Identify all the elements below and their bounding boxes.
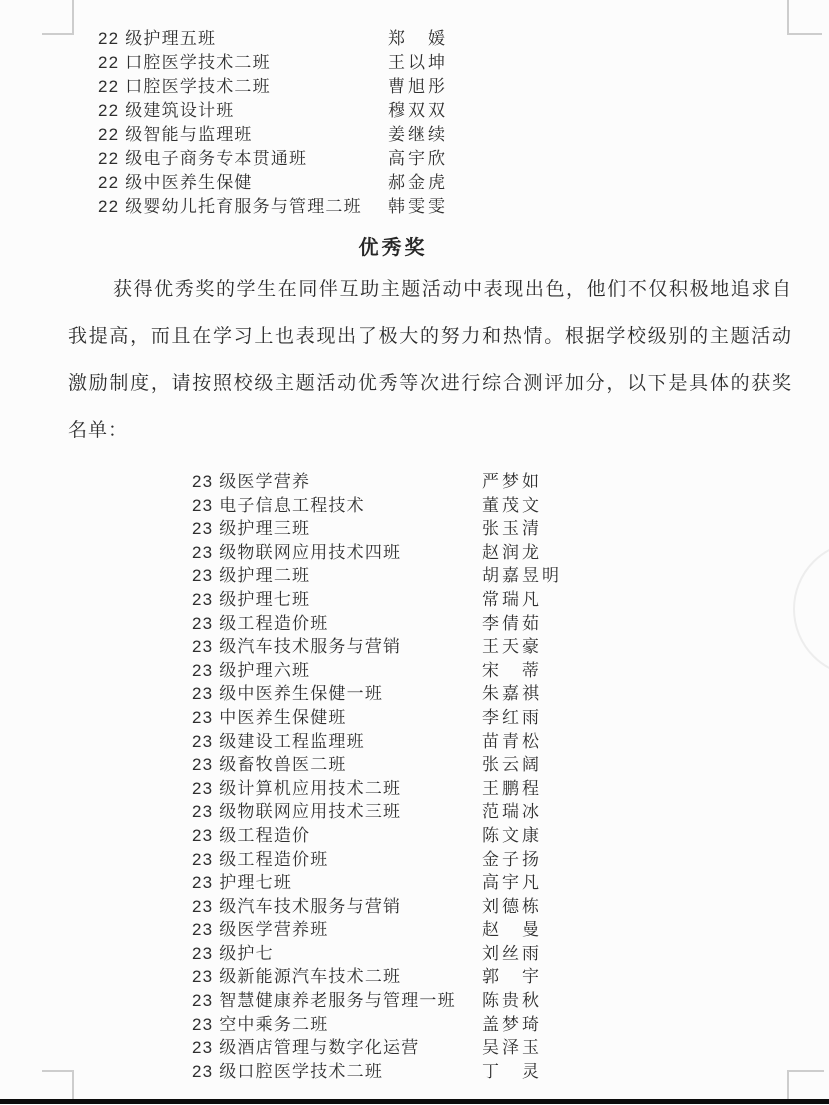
class-name: 23 智慧健康养老服务与管理一班 [192, 989, 482, 1013]
student-name: 范瑞冰 [482, 802, 542, 821]
class-name: 23 级中医养生保健一班 [192, 682, 482, 706]
award-row: 23 级护理三班张玉清 [192, 517, 562, 541]
class-name: 23 级汽车技术服务与营销 [192, 635, 482, 659]
class-name: 23 级医学营养班 [192, 918, 482, 942]
award-row: 23 级工程造价陈文康 [192, 824, 562, 848]
class-name: 23 级计算机应用技术二班 [192, 777, 482, 801]
faint-circle-watermark [793, 541, 829, 677]
class-name: 23 级畜牧兽医二班 [192, 753, 482, 777]
student-name: 曹旭彤 [388, 77, 448, 96]
award-row: 23 级工程造价班李倩茹 [192, 612, 562, 636]
award-row: 23 智慧健康养老服务与管理一班陈贵秋 [192, 989, 562, 1013]
student-name: 王鹏程 [482, 779, 542, 798]
award-row: 23 级医学营养严梦如 [192, 470, 562, 494]
class-name: 23 空中乘务二班 [192, 1013, 482, 1037]
class-name: 23 中医养生保健班 [192, 706, 482, 730]
award-row: 23 级计算机应用技术二班王鹏程 [192, 777, 562, 801]
student-name: 穆双双 [388, 101, 448, 120]
student-name: 金子扬 [482, 850, 542, 869]
class-name: 23 电子信息工程技术 [192, 494, 482, 518]
class-name: 22 口腔医学技术二班 [98, 75, 388, 99]
student-name: 赵润龙 [482, 543, 542, 562]
student-name: 陈贵秋 [482, 991, 542, 1010]
student-name: 严梦如 [482, 472, 542, 491]
award-row: 22 口腔医学技术二班曹旭彤 [98, 75, 448, 99]
bottom-edge-bar [0, 1099, 829, 1104]
class-name: 22 级智能与监理班 [98, 123, 388, 147]
class-name: 23 级工程造价 [192, 824, 482, 848]
student-name: 高宇欣 [388, 149, 448, 168]
award-row: 23 级工程造价班金子扬 [192, 848, 562, 872]
student-name: 刘丝雨 [482, 944, 542, 963]
class-name: 22 级护理五班 [98, 27, 388, 51]
class-name: 22 级中医养生保健 [98, 171, 388, 195]
award-row: 23 级汽车技术服务与营销王天豪 [192, 635, 562, 659]
class-name: 23 级护理二班 [192, 564, 482, 588]
award-row: 23 级物联网应用技术三班范瑞冰 [192, 800, 562, 824]
student-name: 盖梦琦 [482, 1015, 542, 1034]
class-name: 23 级护七 [192, 942, 482, 966]
document-page: 22 级护理五班郑 媛 22 口腔医学技术二班王以坤 22 口腔医学技术二班曹旭… [0, 0, 829, 1105]
award-row: 23 级护理六班宋 蒂 [192, 659, 562, 683]
student-name: 郑 媛 [388, 29, 448, 48]
class-name: 23 级建设工程监理班 [192, 730, 482, 754]
class-name: 23 级护理六班 [192, 659, 482, 683]
award-row: 23 级酒店管理与数字化运营吴泽玉 [192, 1036, 562, 1060]
text-boundary-mark-top-left [42, 0, 74, 35]
award-row: 22 级中医养生保健郝金虎 [98, 171, 448, 195]
class-name: 23 级酒店管理与数字化运营 [192, 1036, 482, 1060]
student-name: 丁 灵 [482, 1062, 542, 1081]
student-name: 郭 宇 [482, 967, 542, 986]
paragraph-line: 名单： [68, 407, 792, 454]
award-row: 23 中医养生保健班李红雨 [192, 706, 562, 730]
award-row: 23 护理七班高宇凡 [192, 871, 562, 895]
award-row: 22 级护理五班郑 媛 [98, 27, 448, 51]
student-name: 王以坤 [388, 53, 448, 72]
student-name: 郝金虎 [388, 173, 448, 192]
class-name: 22 口腔医学技术二班 [98, 51, 388, 75]
award-row: 22 级电子商务专本贯通班高宇欣 [98, 147, 448, 171]
student-name: 胡嘉昱明 [482, 566, 562, 585]
award-row: 23 级护理七班常瑞凡 [192, 588, 562, 612]
award-row: 23 级口腔医学技术二班丁 灵 [192, 1060, 562, 1084]
award-row: 23 电子信息工程技术董茂文 [192, 494, 562, 518]
text-boundary-mark-top-right [787, 0, 822, 35]
award-row: 23 级医学营养班赵 曼 [192, 918, 562, 942]
class-name: 23 级新能源汽车技术二班 [192, 965, 482, 989]
class-name: 23 级汽车技术服务与营销 [192, 895, 482, 919]
student-name: 常瑞凡 [482, 590, 542, 609]
class-name: 23 级工程造价班 [192, 848, 482, 872]
student-name: 姜继续 [388, 125, 448, 144]
award-row: 23 级汽车技术服务与营销刘德栋 [192, 895, 562, 919]
class-name: 23 级口腔医学技术二班 [192, 1060, 482, 1084]
class-name: 22 级电子商务专本贯通班 [98, 147, 388, 171]
class-name: 22 级婴幼儿托育服务与管理二班 [98, 195, 388, 219]
award-row: 23 级中医养生保健一班朱嘉祺 [192, 682, 562, 706]
class-name: 23 级医学营养 [192, 470, 482, 494]
class-name: 23 级物联网应用技术四班 [192, 541, 482, 565]
award-row: 23 级护理二班胡嘉昱明 [192, 564, 562, 588]
text-boundary-mark-bottom-left [42, 1070, 74, 1102]
student-name: 韩雯雯 [388, 197, 448, 216]
award-row: 23 级建设工程监理班苗青松 [192, 730, 562, 754]
award-list-grade22: 22 级护理五班郑 媛 22 口腔医学技术二班王以坤 22 口腔医学技术二班曹旭… [98, 27, 448, 219]
class-name: 22 级建筑设计班 [98, 99, 388, 123]
student-name: 陈文康 [482, 826, 542, 845]
student-name: 高宇凡 [482, 873, 542, 892]
student-name: 李倩茹 [482, 614, 542, 633]
award-row: 23 级护七刘丝雨 [192, 942, 562, 966]
class-name: 23 级护理七班 [192, 588, 482, 612]
award-row: 22 口腔医学技术二班王以坤 [98, 51, 448, 75]
section-heading: 优秀奖 [68, 231, 718, 260]
student-name: 朱嘉祺 [482, 684, 542, 703]
student-name: 张玉清 [482, 519, 542, 538]
student-name: 王天豪 [482, 637, 542, 656]
award-list-grade23: 23 级医学营养严梦如 23 电子信息工程技术董茂文 23 级护理三班张玉清 2… [192, 470, 562, 1083]
class-name: 23 护理七班 [192, 871, 482, 895]
award-row: 23 级畜牧兽医二班张云阔 [192, 753, 562, 777]
paragraph-line: 我提高，而且在学习上也表现出了极大的努力和热情。根据学校级别的主题活动 [68, 313, 792, 360]
award-description-paragraph: 获得优秀奖的学生在同伴互助主题活动中表现出色，他们不仅积极地追求自 我提高，而且… [68, 266, 792, 454]
paragraph-line: 获得优秀奖的学生在同伴互助主题活动中表现出色，他们不仅积极地追求自 [68, 266, 792, 313]
award-row: 23 级物联网应用技术四班赵润龙 [192, 541, 562, 565]
student-name: 赵 曼 [482, 920, 542, 939]
award-row: 23 空中乘务二班盖梦琦 [192, 1013, 562, 1037]
award-row: 23 级新能源汽车技术二班郭 宇 [192, 965, 562, 989]
award-row: 22 级建筑设计班穆双双 [98, 99, 448, 123]
student-name: 宋 蒂 [482, 661, 542, 680]
paragraph-line: 激励制度，请按照校级主题活动优秀等次进行综合测评加分，以下是具体的获奖 [68, 360, 792, 407]
student-name: 吴泽玉 [482, 1038, 542, 1057]
class-name: 23 级工程造价班 [192, 612, 482, 636]
student-name: 张云阔 [482, 755, 542, 774]
class-name: 23 级护理三班 [192, 517, 482, 541]
student-name: 苗青松 [482, 732, 542, 751]
class-name: 23 级物联网应用技术三班 [192, 800, 482, 824]
award-row: 22 级婴幼儿托育服务与管理二班韩雯雯 [98, 195, 448, 219]
student-name: 刘德栋 [482, 897, 542, 916]
text-boundary-mark-bottom-right [787, 1070, 824, 1100]
student-name: 李红雨 [482, 708, 542, 727]
student-name: 董茂文 [482, 496, 542, 515]
award-row: 22 级智能与监理班姜继续 [98, 123, 448, 147]
